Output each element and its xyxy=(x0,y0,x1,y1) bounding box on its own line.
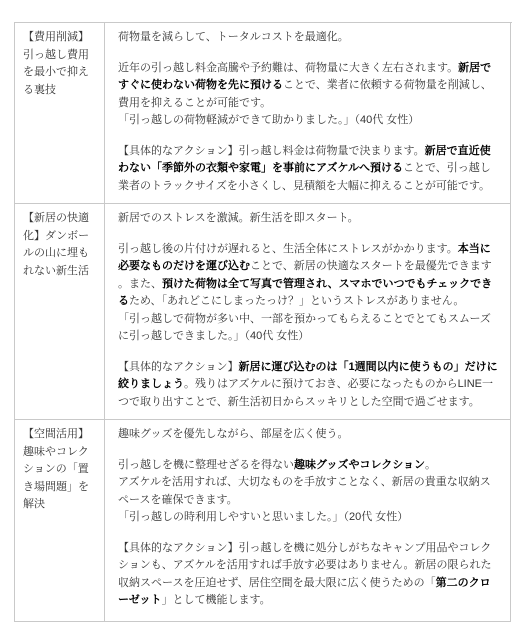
body-text: 近年の引っ越し料金高騰や予約難は、荷物量に大きく左右されます。 xyxy=(118,62,458,74)
body-text: ため、「あれどこにしまったっけ？」というストレスがありません。 xyxy=(129,295,464,307)
body-text: 引っ越し後の片付けが遅れると、生活全体にストレスがかかります。 xyxy=(118,243,458,255)
emphasis-text: 趣味グッズやコレクション xyxy=(294,459,425,471)
row-header-cell: 【空間活用】趣味やコレクションの「置き場問題」を解決 xyxy=(15,420,105,622)
body-text: 趣味グッズを優先しながら、部屋を広く使う。 xyxy=(118,428,348,440)
paragraph: 【具体的なアクション】引っ越しを機に処分しがちなキャンプ用品やコレクションも、ア… xyxy=(118,540,498,610)
body-text: 【具体的なアクション】 xyxy=(118,361,238,373)
paragraph: 【具体的なアクション】引っ越し料金は荷物量で決まります。新居で直近使わない「季節… xyxy=(118,143,498,196)
body-text: アズケルを活用すれば、大切なものを手放すことなく、新居の貴重な収納スペースを確保… xyxy=(118,476,491,506)
body-text: 「引っ越しの荷物軽減ができて助かりました。」（40代 女性） xyxy=(118,114,419,126)
body-text: 」として機能します。 xyxy=(162,594,271,606)
row-body-cell: 荷物量を減らして、トータルコストを最適化。近年の引っ越し料金高騰や予約難は、荷物… xyxy=(105,23,511,204)
content-table: 【費用削減】引っ越し費用を最小で抑える裏技荷物量を減らして、トータルコストを最適… xyxy=(14,22,512,622)
row-header-cell: 【費用削減】引っ越し費用を最小で抑える裏技 xyxy=(15,23,105,204)
body-text: 新居でのストレスを激減。新生活を即スタート。 xyxy=(118,212,359,224)
paragraph: 引っ越し後の片付けが遅れると、生活全体にストレスがかかります。本当に必要なものだ… xyxy=(118,241,498,346)
paragraph: 新居でのストレスを激減。新生活を即スタート。 xyxy=(118,210,498,228)
paragraph: 【具体的なアクション】新居に運び込むのは「1週間以内に使うもの」だけに絞りましょ… xyxy=(118,359,498,412)
paragraph: 荷物量を減らして、トータルコストを最適化。 xyxy=(118,29,498,47)
row-body-cell: 新居でのストレスを激減。新生活を即スタート。引っ越し後の片付けが遅れると、生活全… xyxy=(105,204,511,420)
body-text: 引っ越しを機に整理せざるを得ない xyxy=(118,459,294,471)
body-text: 荷物量を減らして、トータルコストを最適化。 xyxy=(118,31,349,43)
paragraph: 趣味グッズを優先しながら、部屋を広く使う。 xyxy=(118,426,498,444)
paragraph: 引っ越しを機に整理せざるを得ない趣味グッズやコレクション。アズケルを活用すれば、… xyxy=(118,457,498,527)
body-text: 。 xyxy=(425,459,436,471)
body-text: 【具体的なアクション】引っ越し料金は荷物量で決まります。 xyxy=(118,145,425,157)
body-text: 「引っ越しで荷物が多い中、一部を預かってもらえることでとてもスムーズに引っ越しで… xyxy=(118,313,491,343)
body-text: 「引っ越しの時利用しやすいと思いました。」（20代 女性） xyxy=(118,511,408,523)
row-body-cell: 趣味グッズを優先しながら、部屋を広く使う。引っ越しを機に整理せざるを得ない趣味グ… xyxy=(105,420,511,622)
paragraph: 近年の引っ越し料金高騰や予約難は、荷物量に大きく左右されます。新居ですぐに使わな… xyxy=(118,60,498,130)
row-header-cell: 【新居の快適化】ダンボールの山に埋もれない新生活 xyxy=(15,204,105,420)
